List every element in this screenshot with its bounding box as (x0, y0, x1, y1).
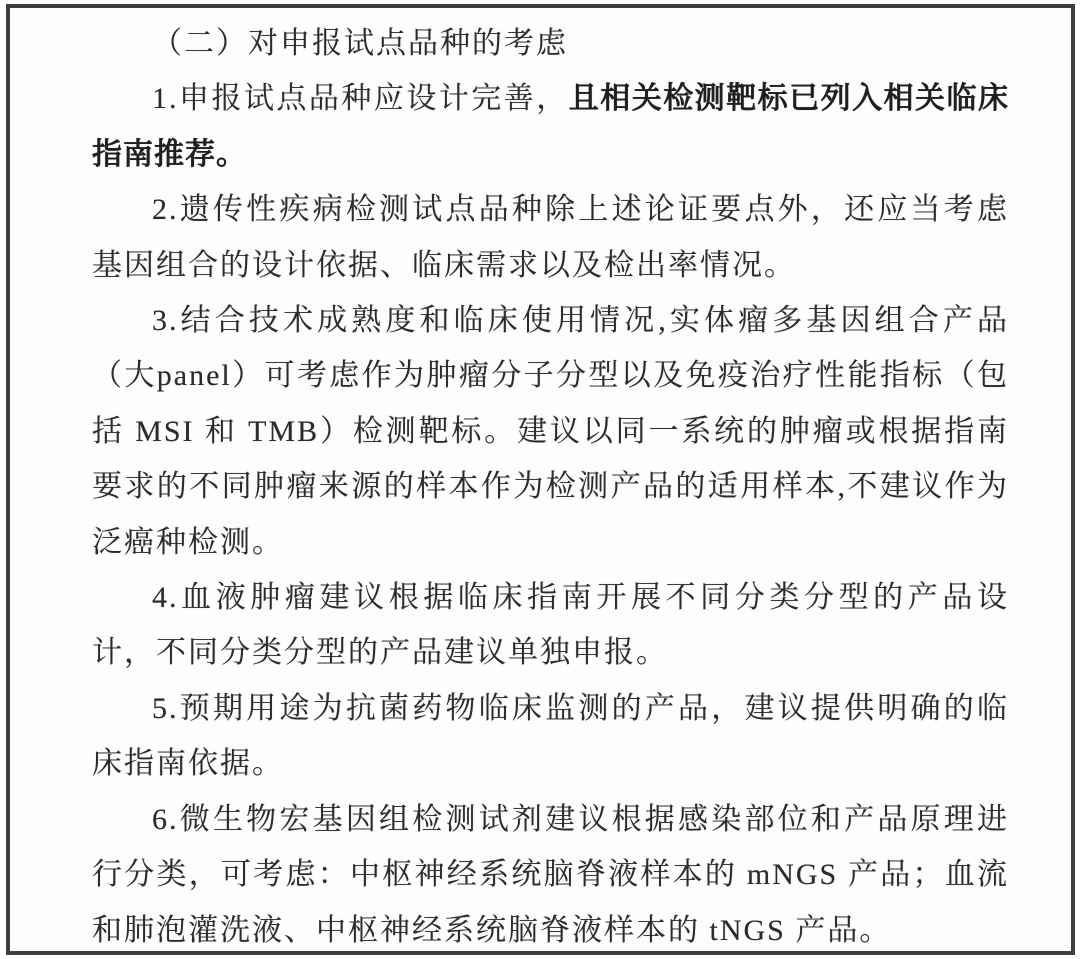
scanned-document-page: （二）对申报试点品种的考虑 1.申报试点品种应设计完善，且相关检测靶标已列入相关… (0, 0, 1080, 959)
paragraph-4: 4.血液肿瘤建议根据临床指南开展不同分类分型的产品设计，不同分类分型的产品建议单… (92, 570, 1009, 681)
document-body: （二）对申报试点品种的考虑 1.申报试点品种应设计完善，且相关检测靶标已列入相关… (92, 16, 1009, 955)
paragraph-1-normal-text: 1.申报试点品种应设计完善， (152, 82, 569, 115)
paragraph-6: 6.微生物宏基因组检测试剂建议根据感染部位和产品原理进行分类，可考虑：中枢神经系… (92, 792, 1009, 955)
section-heading: （二）对申报试点品种的考虑 (92, 16, 1009, 71)
page-border-frame: （二）对申报试点品种的考虑 1.申报试点品种应设计完善，且相关检测靶标已列入相关… (6, 4, 1075, 955)
paragraph-3: 3.结合技术成熟度和临床使用情况,实体瘤多基因组合产品（大panel）可考虑作为… (92, 293, 1009, 570)
paragraph-2: 2.遗传性疾病检测试点品种除上述论证要点外，还应当考虑基因组合的设计依据、临床需… (92, 182, 1009, 293)
paragraph-5: 5.预期用途为抗菌药物临床监测的产品，建议提供明确的临床指南依据。 (92, 681, 1009, 792)
paragraph-1: 1.申报试点品种应设计完善，且相关检测靶标已列入相关临床指南推荐。 (92, 71, 1009, 182)
